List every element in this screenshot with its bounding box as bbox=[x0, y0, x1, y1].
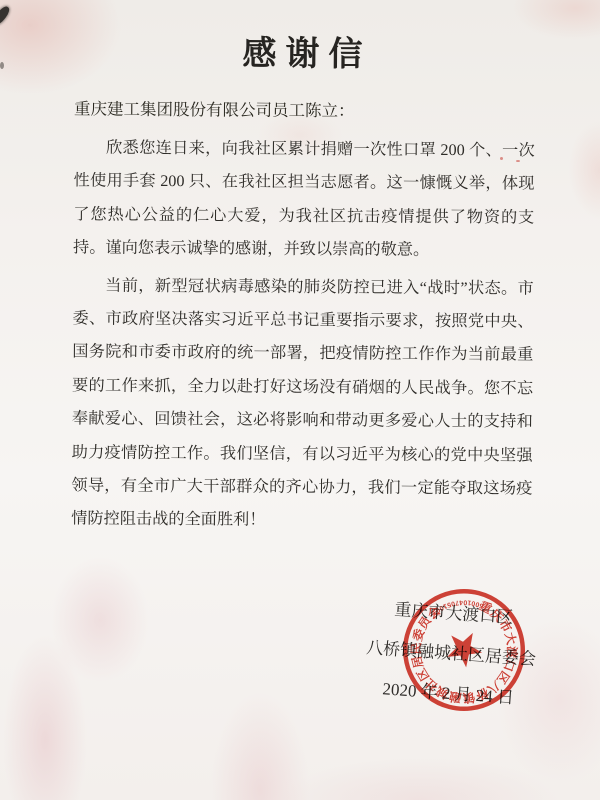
seal-star-icon bbox=[445, 632, 484, 669]
salutation: 重庆建工集团股份有限公司员工陈立： bbox=[74, 97, 534, 124]
paragraph-2: 当前，新型冠状病毒感染的肺炎防控已进入“战时”状态。市委、市政府坚决落实习近平总… bbox=[71, 269, 534, 539]
paragraph-1: 欣悉您连日来，向我社区累计捐赠一次性口罩 200 个、一次性使用手套 200 只… bbox=[73, 131, 535, 268]
official-seal-stamp: 重庆市大渡口区八桥镇融城社区居民委员会 5001047051001 bbox=[388, 574, 540, 726]
seal-graphic: 重庆市大渡口区八桥镇融城社区居民委员会 5001047051001 bbox=[388, 574, 540, 726]
page-title: 感谢信 bbox=[2, 24, 600, 77]
letter-page: 感谢信 重庆建工集团股份有限公司员工陈立： 欣悉您连日来，向我社区累计捐赠一次性… bbox=[0, 0, 600, 800]
